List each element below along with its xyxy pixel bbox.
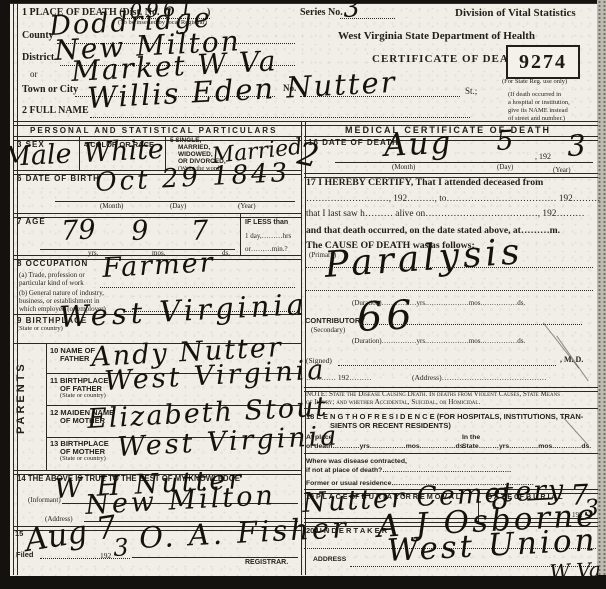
race-value: White (83, 136, 165, 167)
note-line-2: of Injury; and whether Accidental, Suici… (306, 399, 480, 407)
in-state-label-2: State………yrs.…………mos.…………ds. (462, 443, 591, 450)
dob-day-label: (Day) (170, 203, 186, 210)
town-label: Town or City (22, 85, 78, 96)
registration-number-box: 9274 (506, 45, 580, 79)
certify-line-3: that I last saw h……… alive on……………………………… (306, 210, 585, 220)
undertaker-address-state: W Va (549, 559, 601, 582)
series-no-dots (340, 18, 395, 19)
occupation-value: Farmer (102, 249, 216, 282)
filed-192-label: 192 (100, 552, 111, 560)
residence-section-label-1: 18 L E N G T H O F R E S I D E N C E (FO… (306, 413, 583, 421)
parents-inner-divider (46, 343, 47, 470)
age-ifless-divider (240, 213, 241, 255)
district-label: District (22, 53, 54, 64)
row6-bottom-rule (13, 213, 301, 218)
fullname-label: 2 FULL NAME (22, 106, 89, 117)
certify-line-1: 17 I HEREBY CERTIFY, That I attended dec… (306, 178, 543, 188)
dob-year-label: (Year) (238, 203, 256, 210)
hospital-note-line3: give its NAME instead (508, 108, 568, 115)
registrar-line (132, 557, 298, 558)
st-label: St.; (465, 87, 477, 96)
where-contracted-label-1: Where was disease contracted, (306, 458, 407, 465)
signed-label: (Signed) (306, 357, 332, 365)
cause-dots-2 (305, 290, 593, 291)
birthplace-note: (State or country) (17, 326, 63, 333)
parents-vertical-label: PARENTS (16, 361, 28, 434)
informant-label: (Informant) (28, 497, 61, 504)
contributory-duration-label: (Duration)……………yrs.………………mos.……………ds. (352, 338, 525, 345)
date-of-death-year: 3 (566, 131, 586, 161)
dod-day-label: (Day) (497, 164, 513, 171)
at-place-label-1: At place (306, 434, 332, 441)
date-of-death-line (335, 162, 593, 163)
certify-line-2: ………………………, 192………, to……………………………… 192……… (306, 194, 600, 204)
father-birthplace-note: (State or country) (60, 393, 106, 400)
cause-dots-1 (305, 267, 593, 268)
age-days-value: 7 (191, 217, 210, 245)
undertaker-address-label: ADDRESS (313, 556, 346, 563)
hospital-note-line1: (If death occurred in (508, 92, 561, 99)
contributory-dots (360, 324, 582, 325)
age-months-value: 9 (131, 217, 150, 245)
left-double-border (13, 3, 18, 575)
where-contracted-label-2: if not at place of death?………………………………………… (306, 467, 511, 474)
or-label: or (30, 70, 38, 79)
signed-dots (338, 365, 556, 366)
date-of-death-192: , 192 (535, 153, 551, 161)
series-no-label: Series No. (300, 8, 343, 19)
in-state-label-1: In the (462, 434, 480, 441)
at-place-label-2: of death…………yrs.……………mos.……………ds. (306, 443, 465, 450)
father-name-label-2: FATHER (60, 355, 89, 363)
state-reg-note: (For State Reg. use only) (502, 79, 567, 86)
hospital-note-line2: a hospital or institution, (508, 100, 570, 107)
occupation-a-line2: particular kind of work (19, 280, 84, 287)
age-years-value: 79 (61, 216, 97, 245)
occupation-a-dots (100, 287, 295, 288)
if-less-label-2: 1 day,………hrs (245, 233, 291, 240)
residence-rule (304, 453, 598, 454)
if-less-label-3: or………min.? (245, 246, 288, 253)
filed-year-value: 3 (113, 535, 130, 560)
mother-birthplace-note: (State or country) (60, 456, 106, 463)
occupation-label: 8 OCCUPATION (17, 260, 88, 268)
department-title: West Virginia State Department of Health (338, 31, 535, 43)
division-title: Division of Vital Statistics (455, 8, 576, 20)
note-bottom-rule (304, 408, 598, 409)
signed-date-192: ………… 192……… (306, 374, 372, 382)
sex-value: Male (3, 140, 73, 171)
contributory-value: 66 (356, 295, 417, 338)
age-label: 7 AGE (17, 218, 46, 226)
secondary-label: (Secondary) (311, 327, 345, 334)
fullname-dots (90, 117, 470, 118)
if-less-label-1: IF LESS than (245, 219, 288, 226)
undertaker-label: 20 U N D E R T A K E R (306, 527, 387, 535)
dob-month-label: (Month) (100, 203, 123, 210)
residence-section-label-2: SIENTS OR RECENT RESIDENTS) (330, 422, 451, 430)
registrar-label: REGISTRAR. (245, 559, 288, 566)
dob-label: 6 DATE OF BIRTH (17, 175, 100, 183)
scan-edge-noise (597, 0, 606, 575)
date-of-death-month: Aug (383, 127, 453, 162)
date-of-death-day: 5 (496, 127, 515, 155)
sex-race-divider (79, 136, 80, 170)
dod-month-label: (Month) (392, 164, 415, 171)
filed-section-number: 15 (15, 530, 23, 538)
registration-number: 9274 (519, 51, 567, 74)
death-certificate-scan: 1 PLACE OF DEATH (Dist. No. 0961 ) (To b… (0, 0, 606, 589)
signed-address-label: (Address)…………………………………… (412, 374, 547, 382)
